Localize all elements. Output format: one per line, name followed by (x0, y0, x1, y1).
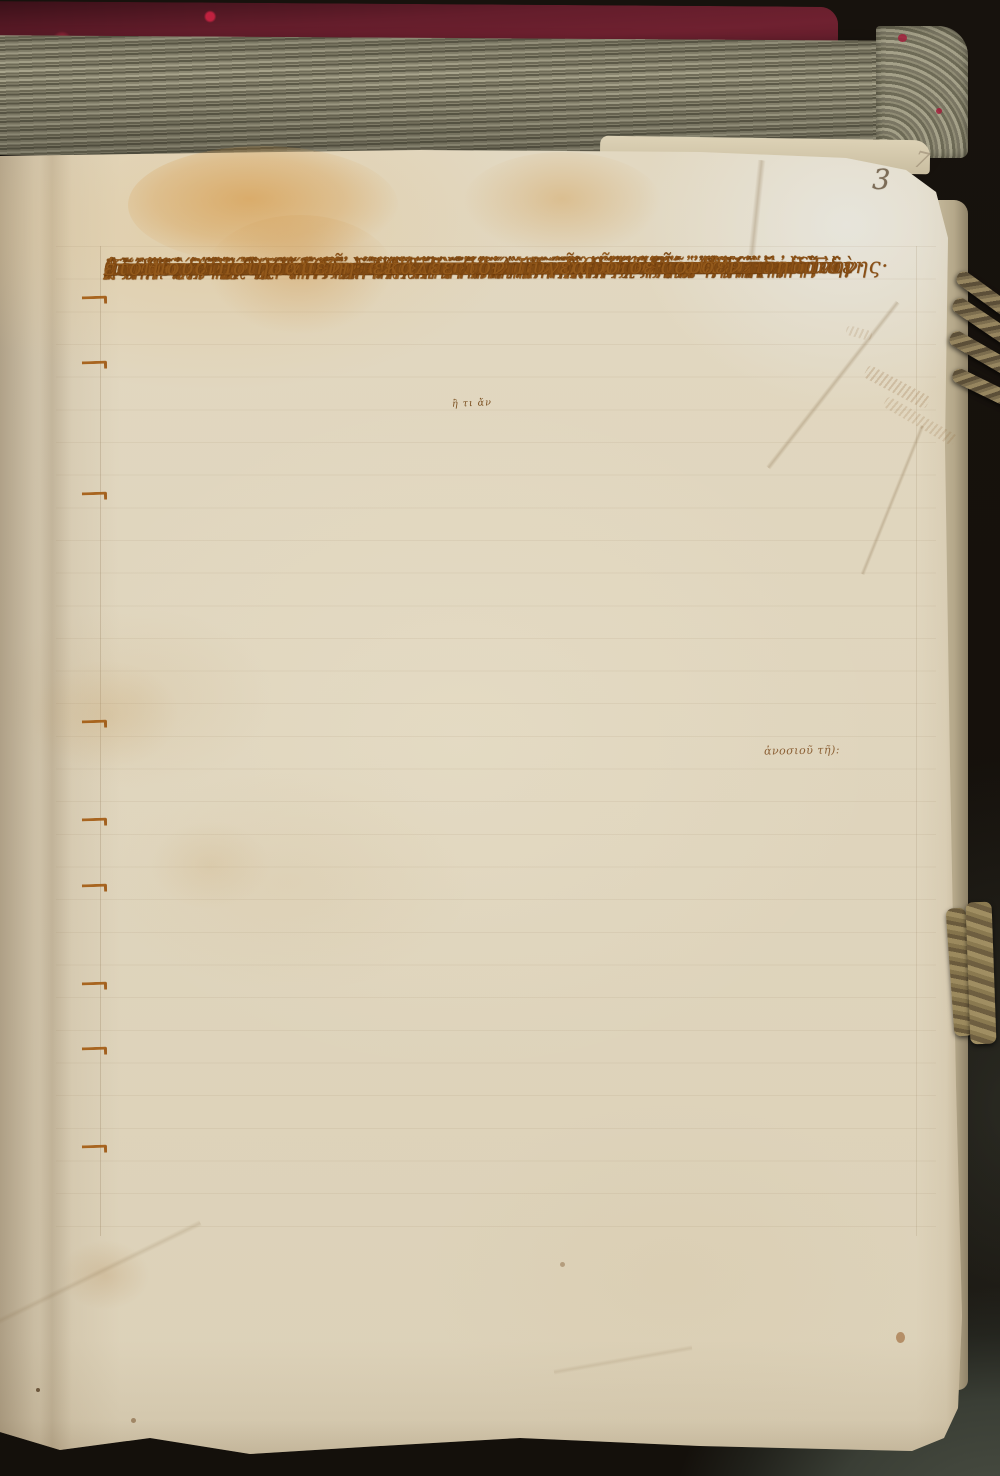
cover-wax-speck (936, 108, 942, 114)
ink-speck (560, 1262, 565, 1267)
paragraph-mark (82, 491, 107, 500)
marginal-gloss: ἀνοσιοῦ τῆ): (764, 743, 840, 757)
paragraph-mark (82, 818, 107, 827)
fore-edge-corner (876, 26, 968, 158)
ink-speck (896, 1332, 905, 1343)
ink-speck (36, 1388, 40, 1392)
interlinear-gloss: ἢ τι ἄν (452, 397, 492, 409)
paragraph-mark (82, 295, 107, 304)
paragraph-mark (82, 720, 107, 729)
ink-speck (131, 1418, 136, 1423)
paragraph-mark (82, 1046, 107, 1055)
manuscript-photograph: 3 7 ἐκ τῶν μανθάνειν δεῖ· ἐν τοῖσιν ἓν τ… (0, 0, 1000, 1476)
paragraph-mark (82, 981, 107, 990)
cover-wax-speck (898, 34, 907, 42)
manuscript-line: ἑτοίμους ποιησαμένη· ἐκάλεε τὸν Γύγεα· ὁ… (104, 251, 742, 285)
paragraph-mark (82, 883, 107, 892)
paragraph-mark (82, 1144, 107, 1153)
paragraph-mark (82, 361, 107, 370)
binding-cord (966, 902, 997, 1045)
